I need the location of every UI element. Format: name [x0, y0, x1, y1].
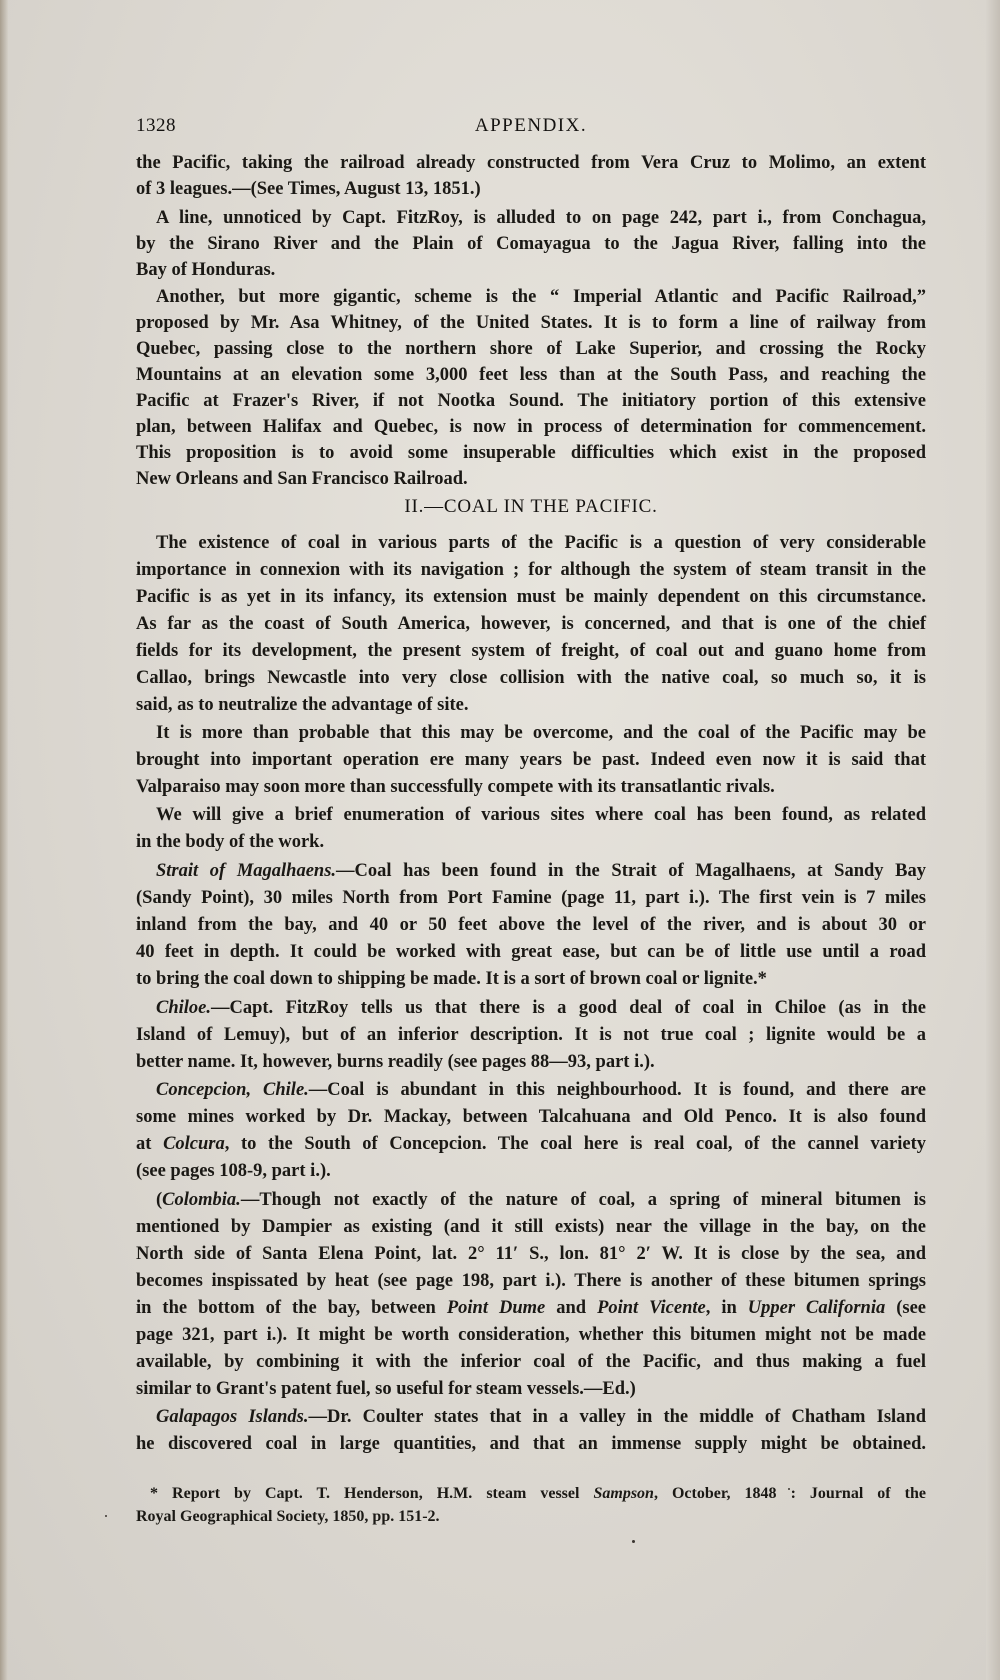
- text-line: available, by combining it with the infe…: [136, 1349, 926, 1375]
- footnote-line: Royal Geographical Society, 1850, pp. 15…: [136, 1506, 926, 1528]
- text-line: in the bottom of the bay, between Point …: [136, 1295, 926, 1321]
- text-line: by the Sirano River and the Plain of Com…: [136, 231, 926, 257]
- entry-magalhaens: Strait of Magalhaens.—Coal has been foun…: [156, 858, 926, 884]
- text-line: brought into important operation ere man…: [136, 747, 926, 773]
- entry-heading: Strait of Magalhaens.: [156, 861, 336, 881]
- place-name: Point Vicente: [597, 1298, 706, 1318]
- book-page: 1328 APPENDIX. the Pacific, taking the r…: [0, 0, 1000, 1680]
- entry-heading: Chiloe.: [156, 998, 211, 1018]
- text-line: We will give a brief enumeration of vari…: [156, 802, 926, 828]
- entry-heading: Colombia.: [162, 1190, 241, 1210]
- text-line: 40 feet in depth. It could be worked wit…: [136, 939, 926, 965]
- text-line: some mines worked by Dr. Mackay, between…: [136, 1104, 926, 1130]
- entry-colombia: (Colombia.—Though not exactly of the nat…: [156, 1187, 926, 1213]
- footnote: * Report by Capt. T. Henderson, H.M. ste…: [150, 1483, 926, 1505]
- text-run: —Capt. FitzRoy tells us that there is a …: [211, 998, 926, 1018]
- text-line: Callao, brings Newcastle into very close…: [136, 665, 926, 691]
- text-run: , to the South of Concepcion. The coal h…: [225, 1134, 926, 1154]
- text-line: (see pages 108-9, part i.).: [136, 1158, 926, 1184]
- text-line: The existence of coal in various parts o…: [156, 530, 926, 556]
- text-line: to bring the coal down to shipping be ma…: [136, 966, 926, 992]
- text-line: of 3 leagues.—(See Times, August 13, 185…: [136, 176, 926, 202]
- text-line: in the body of the work.: [136, 829, 926, 855]
- text-line: Mountains at an elevation some 3,000 fee…: [136, 362, 926, 388]
- text-line: New Orleans and San Francisco Railroad.: [136, 466, 926, 492]
- ship-name: Sampson: [593, 1485, 653, 1502]
- text-line: at Colcura, to the South of Concepcion. …: [136, 1131, 926, 1157]
- text-line: Another, but more gigantic, scheme is th…: [156, 284, 926, 310]
- text-line: A line, unnoticed by Capt. FitzRoy, is a…: [156, 205, 926, 231]
- text-run: —Dr. Coulter states that in a valley in …: [309, 1407, 926, 1427]
- text-run: (see: [885, 1298, 926, 1318]
- text-line: importance in connexion with its navigat…: [136, 557, 926, 583]
- entry-heading: Concepcion, Chile.: [156, 1080, 309, 1100]
- entry-concepcion: Concepcion, Chile.—Coal is abundant in t…: [156, 1077, 926, 1103]
- text-line: better name. It, however, burns readily …: [136, 1049, 926, 1075]
- text-line: Island of Lemuy), but of an inferior des…: [136, 1022, 926, 1048]
- text-run: and: [545, 1298, 597, 1318]
- text-run: , October, 1848 : Journal of the: [654, 1485, 926, 1502]
- running-header: 1328 APPENDIX.: [136, 115, 926, 145]
- text-line: As far as the coast of South America, ho…: [136, 611, 926, 637]
- section-heading: II.—COAL IN THE PACIFIC.: [136, 496, 926, 518]
- text-line: the Pacific, taking the railroad already…: [136, 150, 926, 176]
- paper-speck: [632, 1540, 635, 1543]
- text-run: , in: [706, 1298, 748, 1318]
- text-line: becomes inspissated by heat (see page 19…: [136, 1268, 926, 1294]
- text-run: —Coal is abundant in this neighbourhood.…: [309, 1080, 926, 1100]
- entry-galapagos: Galapagos Islands.—Dr. Coulter states th…: [156, 1404, 926, 1430]
- page-gutter-shadow: [0, 0, 8, 1680]
- text-line: said, as to neutralize the advantage of …: [136, 692, 926, 718]
- text-line: It is more than probable that this may b…: [156, 720, 926, 746]
- text-line: Quebec, passing close to the northern sh…: [136, 336, 926, 362]
- place-name: Upper California: [748, 1298, 885, 1318]
- text-line: (Sandy Point), 30 miles North from Port …: [136, 885, 926, 911]
- place-name: Colcura: [163, 1134, 225, 1154]
- place-name: Point Dume: [447, 1298, 545, 1318]
- text-run: —Coal has been found in the Strait of Ma…: [336, 861, 926, 881]
- text-run: —Though not exactly of the nature of coa…: [241, 1190, 926, 1210]
- text-line: page 321, part i.). It might be worth co…: [136, 1322, 926, 1348]
- paper-speck: [788, 1488, 790, 1490]
- text-line: Bay of Honduras.: [136, 257, 926, 283]
- text-line: mentioned by Dampier as existing (and it…: [136, 1214, 926, 1240]
- text-line: Pacific at Frazer's River, if not Nootka…: [136, 388, 926, 414]
- text-line: This proposition is to avoid some insupe…: [136, 440, 926, 466]
- text-line: similar to Grant's patent fuel, so usefu…: [136, 1376, 926, 1402]
- text-line: proposed by Mr. Asa Whitney, of the Unit…: [136, 310, 926, 336]
- text-line: inland from the bay, and 40 or 50 feet a…: [136, 912, 926, 938]
- text-line: fields for its development, the present …: [136, 638, 926, 664]
- paper-speck: [105, 1515, 107, 1517]
- text-line: North side of Santa Elena Point, lat. 2°…: [136, 1241, 926, 1267]
- entry-heading: Galapagos Islands.: [156, 1407, 309, 1427]
- running-title: APPENDIX.: [136, 115, 926, 137]
- page-fore-edge: [986, 0, 1000, 1680]
- text-line: plan, between Halifax and Quebec, is now…: [136, 414, 926, 440]
- text-line: Valparaiso may soon more than successful…: [136, 774, 926, 800]
- text-line: he discovered coal in large quantities, …: [136, 1431, 926, 1457]
- text-run: at: [136, 1134, 163, 1154]
- text-line: Pacific is as yet in its infancy, its ex…: [136, 584, 926, 610]
- entry-chiloe: Chiloe.—Capt. FitzRoy tells us that ther…: [156, 995, 926, 1021]
- text-run: * Report by Capt. T. Henderson, H.M. ste…: [150, 1485, 593, 1502]
- text-run: in the bottom of the bay, between: [136, 1298, 447, 1318]
